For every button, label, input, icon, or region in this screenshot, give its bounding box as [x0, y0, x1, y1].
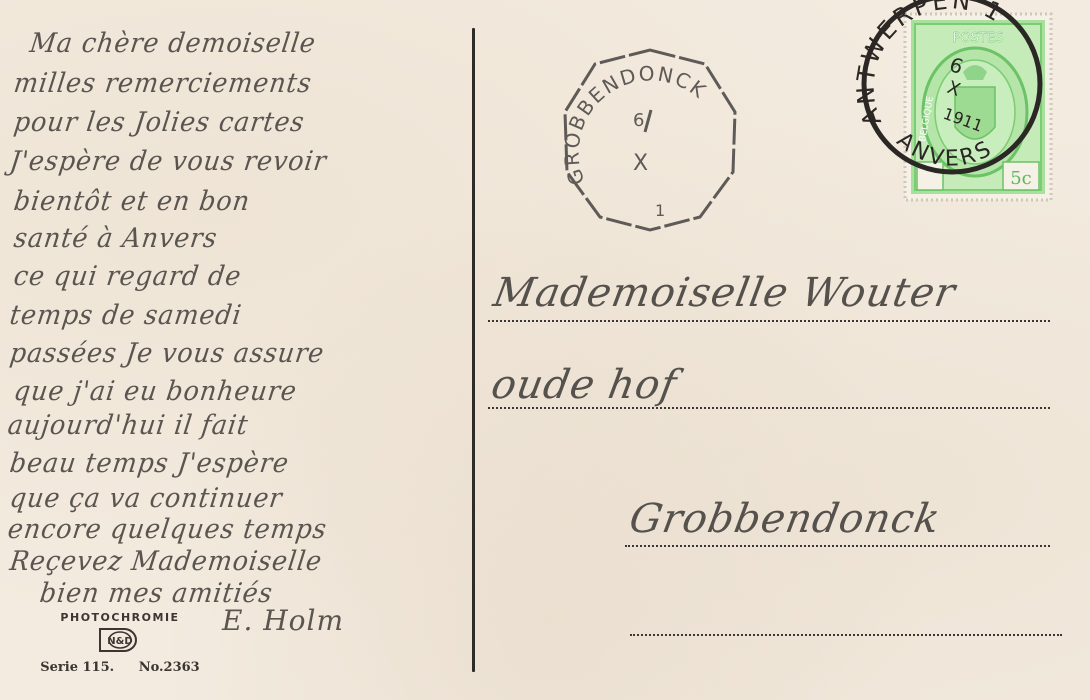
message-line: beau temps J'espère	[8, 448, 291, 479]
svg-text:1911: 1911	[941, 104, 986, 136]
handwritten-message: Ma chère demoiselle milles remerciements…	[0, 0, 470, 700]
message-line: milles remerciements	[12, 68, 314, 99]
svg-text:6: 6	[633, 110, 644, 131]
address-line-1	[488, 320, 1050, 322]
svg-text:1: 1	[655, 201, 665, 220]
message-line: J'espère de vous revoir	[8, 146, 329, 177]
svg-text:X: X	[944, 77, 963, 101]
series-number: Serie 115. No.2363	[0, 660, 240, 675]
message-line: temps de samedi	[8, 300, 244, 331]
center-divider	[472, 28, 475, 672]
address-line-4	[630, 634, 1062, 636]
svg-text:ANTWERPEN 1: ANTWERPEN 1	[851, 0, 1009, 130]
signature: E. Holm	[222, 604, 344, 637]
message-line: bientôt et en bon	[12, 186, 252, 217]
address-recipient: Mademoiselle Wouter	[490, 270, 959, 316]
svg-text:N&D: N&D	[107, 636, 132, 647]
message-line: aujourd'hui il fait	[6, 410, 250, 441]
address-line-2	[488, 407, 1050, 409]
antwerpen-postmark-icon: ANTWERPEN 1 ANVERS 6 X 1911	[836, 0, 1066, 192]
address-line-3	[625, 545, 1050, 547]
publisher-logo-icon: N&D	[98, 627, 142, 653]
postcard-back: Ma chère demoiselle milles remerciements…	[0, 0, 1090, 700]
series-label: Serie 115.	[40, 660, 114, 675]
address-street: oude hof	[488, 362, 681, 408]
message-line: que j'ai eu bonheure	[12, 376, 299, 407]
message-line: encore quelques temps	[6, 514, 329, 545]
svg-text:X: X	[633, 151, 648, 176]
message-line: que ça va continuer	[8, 483, 285, 514]
message-line: pour les Jolies cartes	[12, 107, 307, 138]
message-line: Ma chère demoiselle	[28, 28, 318, 59]
message-line: passées Je vous assure	[8, 338, 326, 369]
publisher-brand: PHOTOCHROMIE	[0, 611, 240, 624]
message-line: santé à Anvers	[12, 223, 219, 254]
address-town: Grobbendonck	[626, 496, 944, 542]
message-line: Reçevez Mademoiselle	[8, 546, 324, 577]
grobbendonck-postmark-icon: GROBBENDONCK 6 X 1	[555, 42, 745, 237]
card-number: No.2363	[139, 660, 200, 675]
svg-text:6: 6	[946, 52, 966, 79]
message-line: ce qui regard de	[12, 261, 243, 292]
